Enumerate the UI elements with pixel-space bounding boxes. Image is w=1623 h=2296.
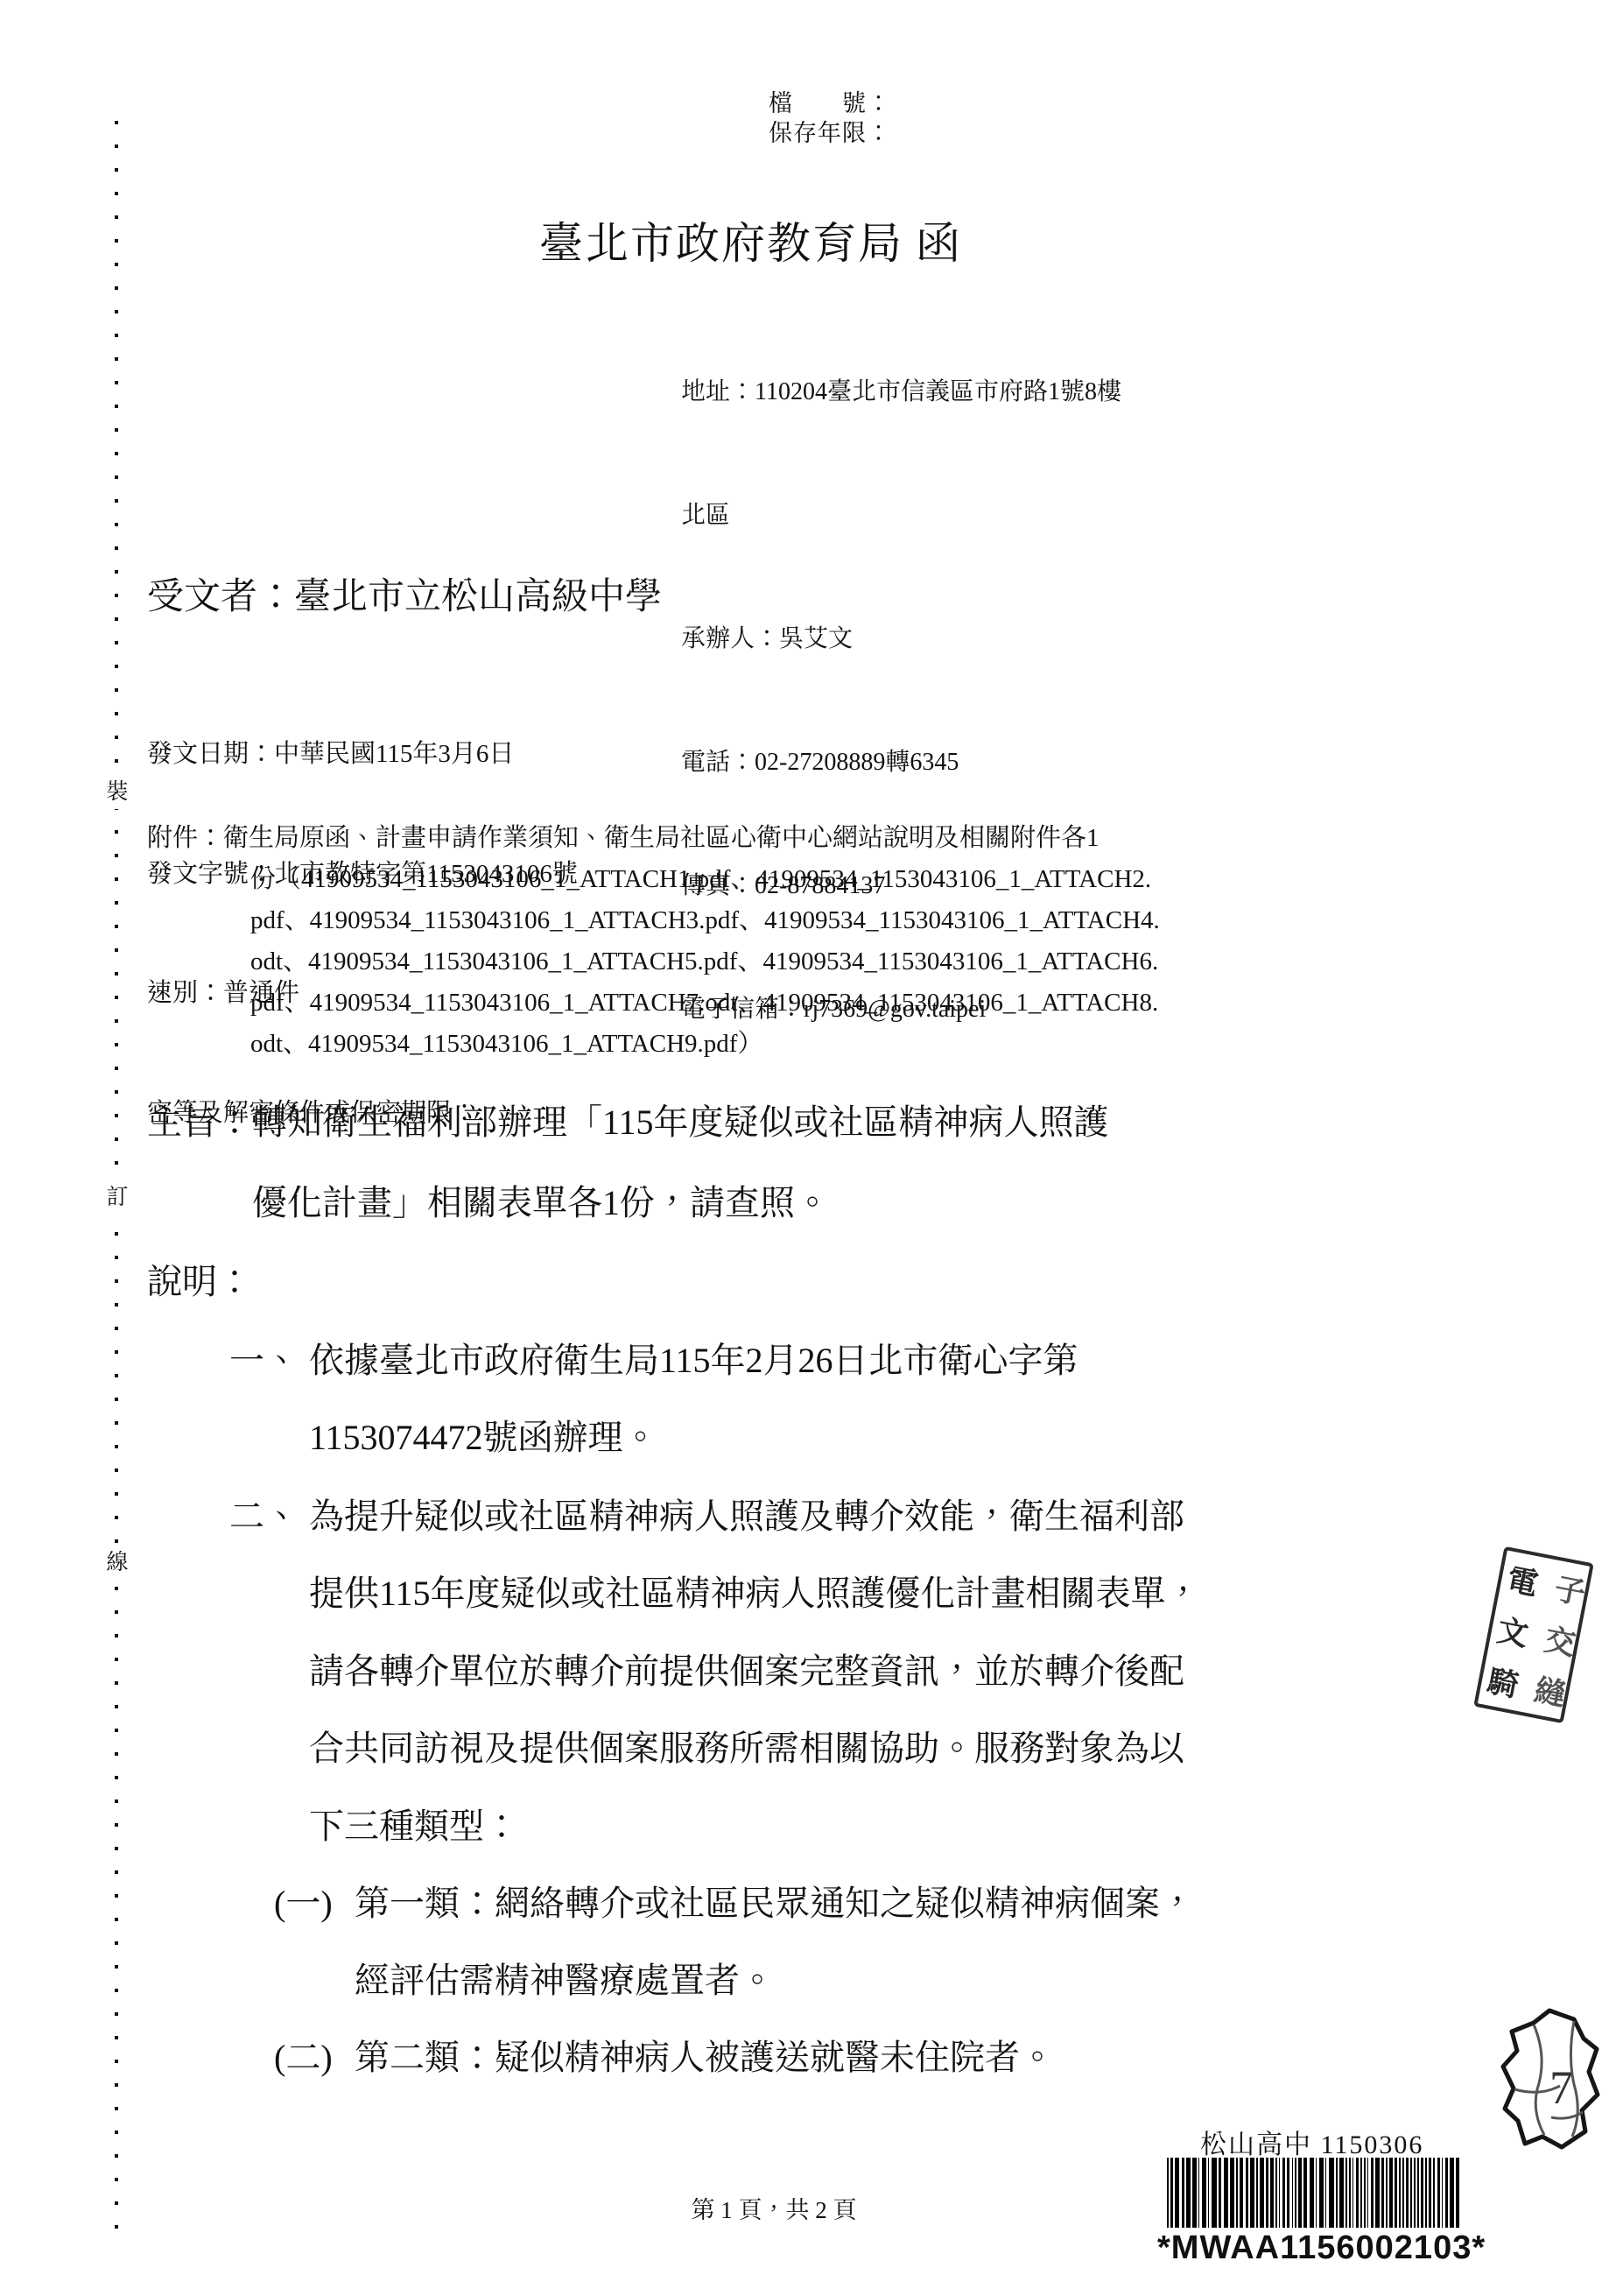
barcode-text: *MWAA1156002103* (1157, 2229, 1469, 2267)
stamp-char: 交 (1541, 1616, 1579, 1665)
subitem1-label: (一) (274, 1876, 333, 1926)
binding-mark-zhuang: 裝 (102, 775, 132, 809)
attachment-line-1: 衛生局原函、計畫申請作業須知、衛生局社區心衛中心網站說明及相關附件各1 (223, 824, 1100, 852)
seal-number: 7 (1549, 2061, 1573, 2114)
explanation-label: 說明： (147, 1254, 252, 1304)
document-title: 臺北市政府教育局 函 (539, 208, 962, 271)
crumpled-seal-graphic: 7 (1499, 2005, 1604, 2156)
item1-label: 一、 (229, 1333, 299, 1383)
subitem1-line-2: 經評估需精神醫療處置者。 (355, 1953, 775, 2003)
item2-line-3: 請各轉介單位於轉介前提供個案完整資訊，並於轉介後配 (309, 1644, 1184, 1694)
binding-mark-xian: 線 (102, 1546, 132, 1580)
attachment-line-3: pdf、41909534_1153043106_1_ATTACH3.pdf、41… (250, 900, 1160, 936)
attachment-line-5: pdf、41909534_1153043106_1_ATTACH7.odt、41… (250, 982, 1158, 1018)
subitem2-line-1: 第二類：疑似精神病人被護送就醫未住院者。 (355, 2030, 1055, 2080)
electronic-exchange-stamp: 電 文 騎 子 交 縫 (1473, 1546, 1594, 1723)
stamp-char: 電 (1504, 1555, 1542, 1604)
stamp-char: 縫 (1531, 1666, 1570, 1715)
sender-address: 地址：110204臺北市信義區市府路1號8樓 (681, 371, 1121, 412)
attachment-line-4: odt、41909534_1153043106_1_ATTACH5.pdf、41… (250, 941, 1158, 977)
item2-line-5: 下三種類型： (309, 1799, 519, 1849)
stamp-char: 子 (1551, 1565, 1590, 1614)
official-letter-page: 裝 訂 線 檔 號： 保存年限： 臺北市政府教育局 函 地址：110204臺北市… (0, 0, 1623, 2296)
binding-dotted-line (115, 121, 118, 2235)
recipient-line: 受文者：臺北市立松山高級中學 (147, 567, 662, 620)
sender-phone: 電話：02-27208889轉6345 (681, 742, 1121, 783)
item1-line-2: 1153074472號函辦理。 (309, 1410, 658, 1460)
stamp-char: 騎 (1484, 1658, 1522, 1707)
retention-period-label: 保存年限： (769, 114, 891, 148)
attachment-line-2: 份（41909534_1153043106_1_ATTACH1.pdf、4190… (250, 859, 1151, 895)
stamp-char: 文 (1493, 1607, 1532, 1656)
item2-label: 二、 (229, 1489, 299, 1539)
subject-line-1: 轉知衛生福利部辦理「115年度疑似或社區精神病人照護 (252, 1095, 1109, 1144)
sender-contact-person: 承辦人：吳艾文 (681, 618, 1121, 659)
issue-date: 發文日期：中華民國115年3月6日 (147, 735, 578, 775)
subitem2-label: (二) (274, 2030, 333, 2080)
subitem1-line-1: 第一類：網絡轉介或社區民眾通知之疑似精神病個案， (355, 1876, 1195, 1926)
attachment-line-6: odt、41909534_1153043106_1_ATTACH9.pdf） (250, 1024, 762, 1060)
attachment-first-line: 附件：衛生局原函、計畫申請作業須知、衛生局社區心衛中心網站說明及相關附件各1 (147, 818, 1100, 854)
subject-label: 主旨： (147, 1095, 252, 1144)
item1-line-1: 依據臺北市政府衛生局115年2月26日北市衛心字第 (309, 1333, 1078, 1383)
subject-line-2: 優化計畫」相關表單各1份，請查照。 (252, 1175, 830, 1225)
item2-line-4: 合共同訪視及提供個案服務所需相關協助。服務對象為以 (309, 1721, 1184, 1771)
item2-line-1: 為提升疑似或社區精神病人照護及轉介效能，衛生福利部 (309, 1489, 1184, 1539)
barcode (1167, 2158, 1461, 2228)
attachment-label: 附件： (147, 824, 223, 852)
sender-district: 北區 (681, 495, 1121, 536)
item2-line-2: 提供115年度疑似或社區精神病人照護優化計畫相關表單， (309, 1566, 1201, 1616)
binding-mark-ding: 訂 (102, 1180, 132, 1215)
school-code-line: 松山高中 1150306 (1200, 2123, 1423, 2161)
